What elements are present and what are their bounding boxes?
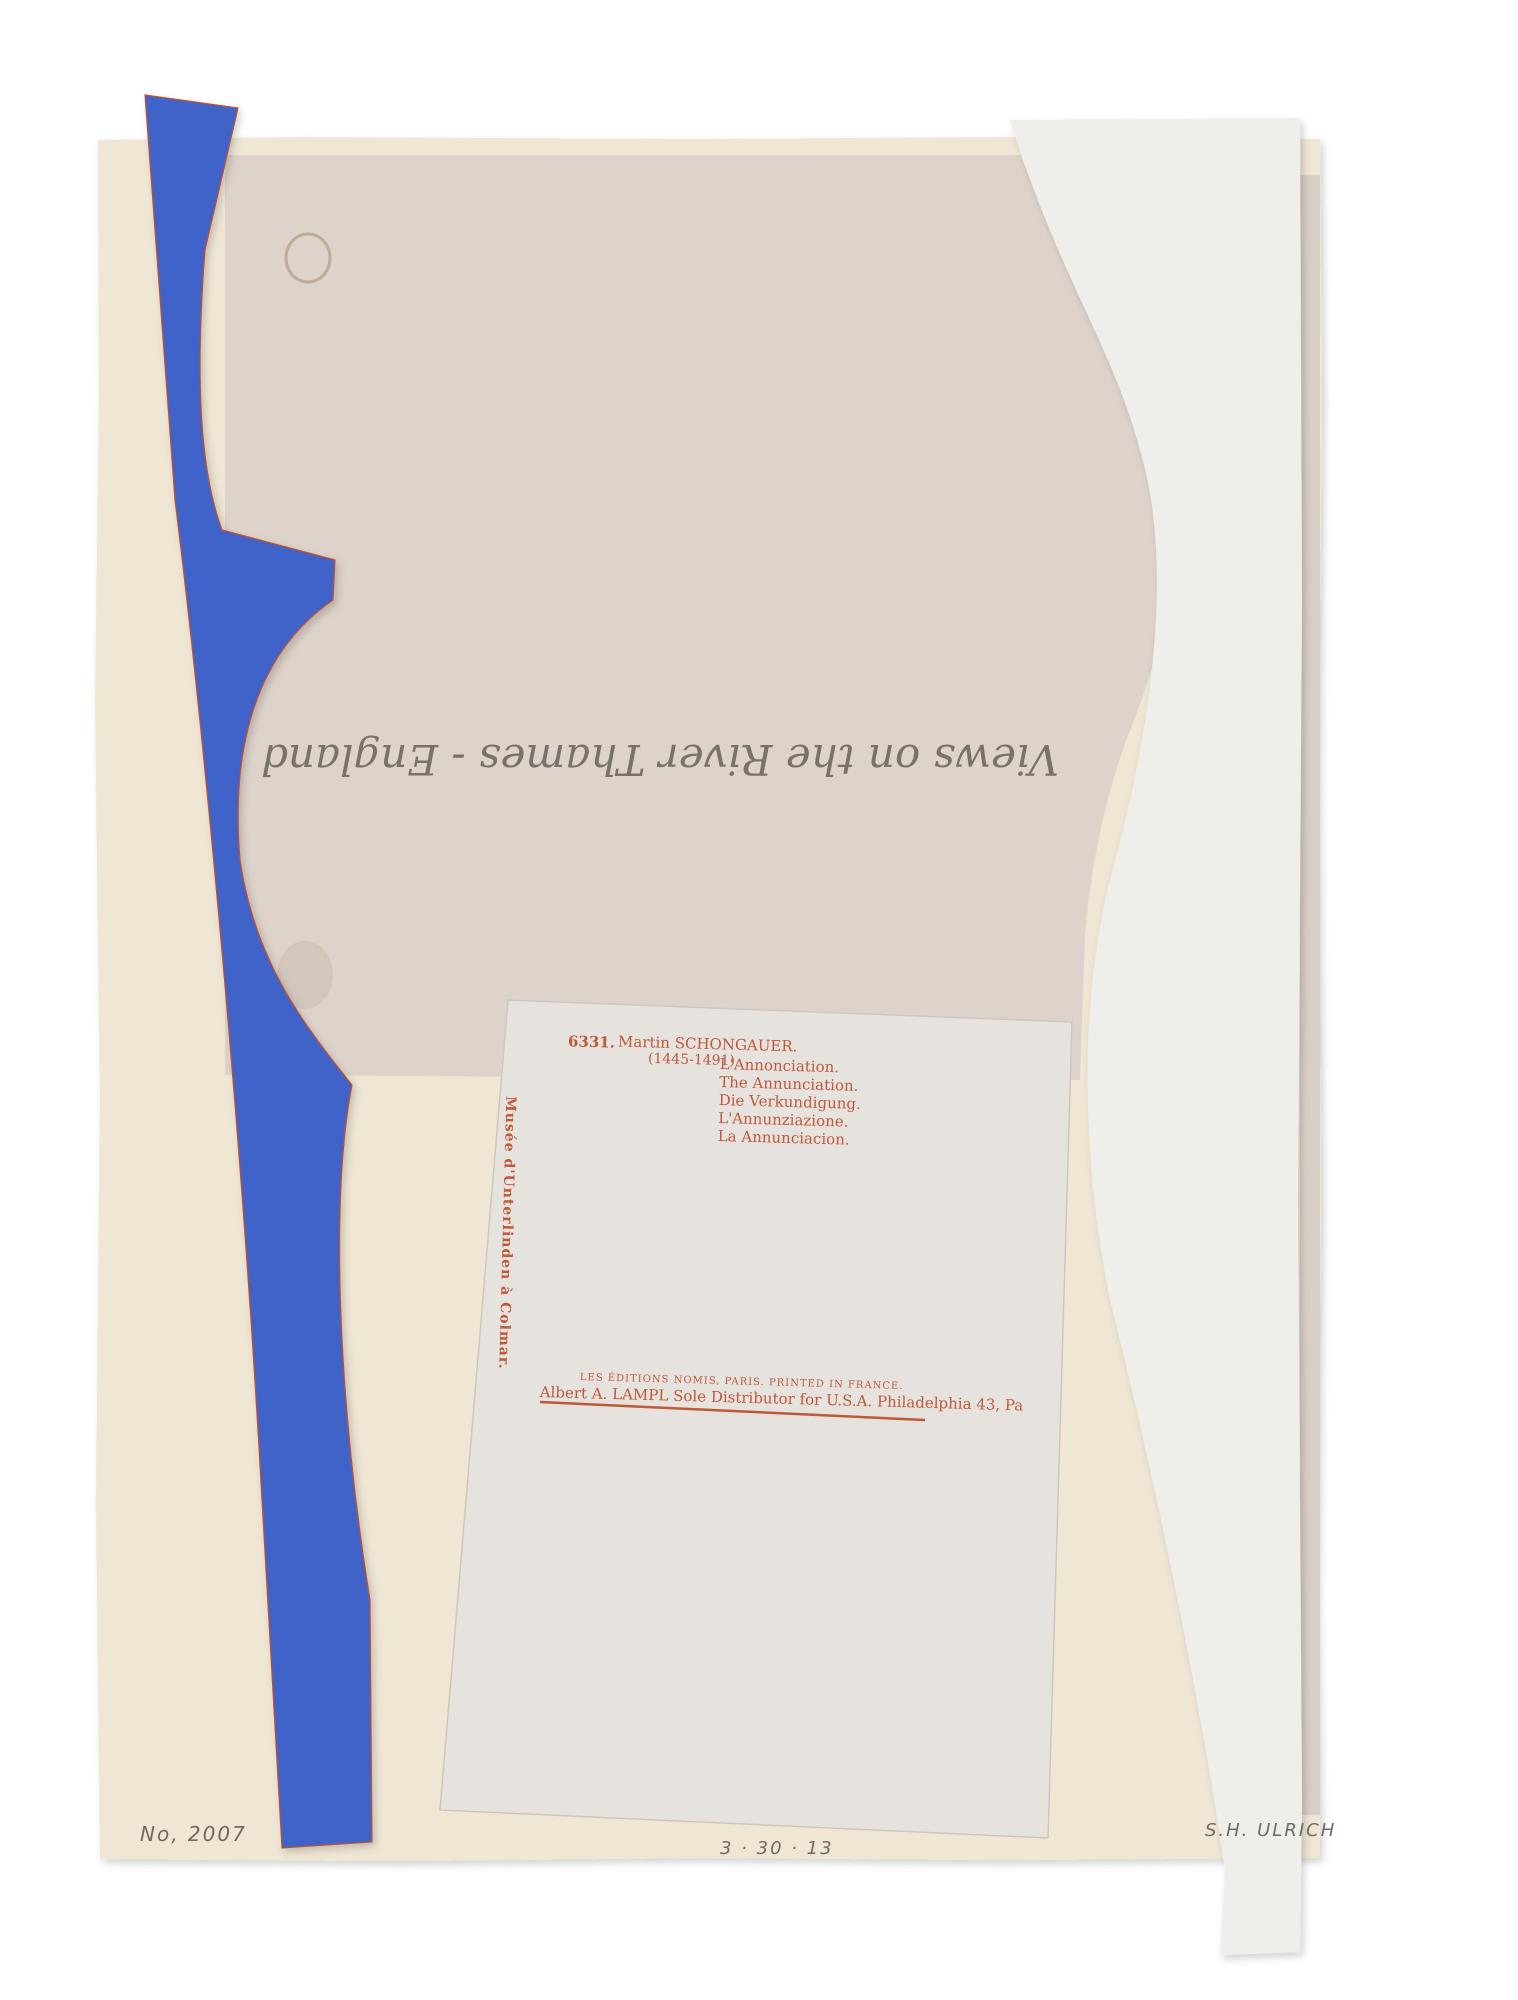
postcard-number: 6331. <box>568 1032 615 1051</box>
date-inscription: 3 · 30 · 13 <box>720 1838 834 1859</box>
edition-inscription: No, 2007 <box>140 1822 247 1846</box>
artist-signature: S.H. ULRICH <box>1205 1820 1336 1841</box>
collage-shapes <box>0 0 1518 2000</box>
postcard-title-list: L'Annonciation. The Annunciation. Die Ve… <box>717 1055 862 1149</box>
handwritten-inscription-inverted: Views on the River Thames - England <box>230 735 1090 784</box>
old-paper <box>225 155 1173 1080</box>
grey-underlay-strip <box>1300 175 1320 1815</box>
collage-artwork: Views on the River Thames - England 6331… <box>0 0 1518 2000</box>
